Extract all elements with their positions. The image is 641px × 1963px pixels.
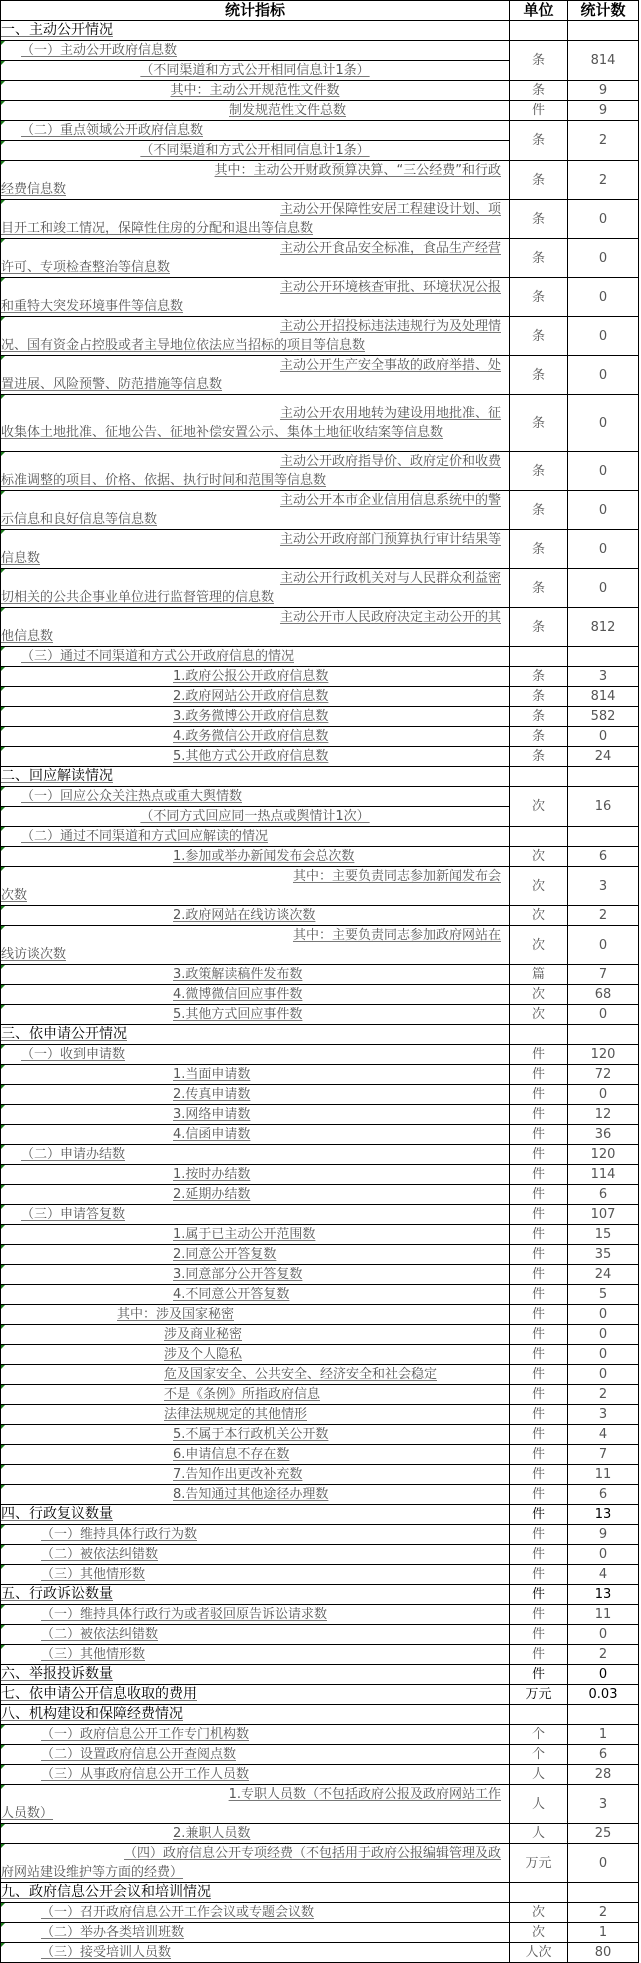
unit-cell: 次 [510,867,568,906]
indicator-label: （三）通过不同渠道和方式公开政府信息的情况 [21,649,294,664]
indicator-cell: 6.申请信息不存在数 [1,1445,510,1465]
count-cell: 2 [568,1385,639,1405]
unit-cell: 次 [510,906,568,926]
table-row: （一）政府信息公开工作专门机构数个1 [1,1725,639,1745]
table-row: （一）回应公众关注热点或重大舆情数次16 [1,787,639,807]
indicator-cell: 危及国家安全、公共安全、经济安全和社会稳定 [1,1365,510,1385]
indicator-label: 3.网络申请数 [173,1107,250,1122]
unit-cell [510,1025,568,1045]
unit-cell: 件 [510,1625,568,1645]
unit-cell [510,767,568,787]
count-cell: 0 [568,1345,639,1365]
count-cell: 6 [568,1185,639,1205]
indicator-cell: （二）申请办结数 [1,1145,510,1165]
count-cell: 0 [568,1325,639,1345]
indicator-label: 法律法规规定的其他情形 [164,1407,307,1422]
count-cell: 0 [568,491,639,530]
indicator-cell: 五、行政诉讼数量 [1,1585,510,1605]
table-row: 其中：主要负责同志参加政府网站在线访谈次数次0 [1,926,639,965]
indicator-cell: 主动公开市人民政府决定主动公开的其他信息数 [1,608,510,647]
indicator-label-line1: 主动公开市人民政府决定主动公开的其 [1,608,509,627]
indicator-label: （一）回应公众关注热点或重大舆情数 [21,789,242,804]
indicator-label-line2: 和重特大突发环境事件等信息数 [1,297,509,316]
indicator-label: 危及国家安全、公共安全、经济安全和社会稳定 [164,1367,437,1382]
indicator-cell: 8.告知通过其他途径办理数 [1,1485,510,1505]
table-row: 7.告知作出更改补充数件11 [1,1465,639,1485]
indicator-cell: 其中：主要负责同志参加政府网站在线访谈次数 [1,926,510,965]
indicator-label: 2.传真申请数 [173,1087,250,1102]
table-row: 3.政务微博公开政府信息数条582 [1,707,639,727]
indicator-label: 1.属于已主动公开范围数 [173,1227,315,1242]
count-cell: 4 [568,1565,639,1585]
table-row: （二）被依法纠错数件0 [1,1625,639,1645]
table-row: 3.政策解读稿件发布数篇7 [1,965,639,985]
table-row: 制发规范性文件总数件9 [1,101,639,121]
count-cell: 0 [568,395,639,452]
section-row: 九、政府信息公开会议和培训情况 [1,1883,639,1889]
table-row: 其中：涉及国家秘密件0 [1,1305,639,1325]
unit-cell: 件 [510,1525,568,1545]
table-row: 2.政府网站在线访谈次数次2 [1,906,639,926]
unit-cell: 件 [510,1065,568,1085]
indicator-label-line2: 许可、专项检查整治等信息数 [1,258,509,277]
count-cell [568,647,639,667]
indicator-cell: （二）被依法纠错数 [1,1545,510,1565]
indicator-label: （三）其他情形数 [41,1647,145,1662]
unit-cell: 条 [510,452,568,491]
indicator-label: 4.信函申请数 [173,1127,250,1142]
indicator-label-line1: 其中：主要负责同志参加政府网站在 [1,926,509,945]
unit-cell: 件 [510,1205,568,1225]
unit-cell: 件 [510,1045,568,1065]
indicator-cell: （一）回应公众关注热点或重大舆情数 [1,787,510,807]
table-body: 一、主动公开情况（一）主动公开政府信息数条814（不同渠道和方式公开相同信息计1… [1,21,639,1889]
indicator-cell: 主动公开政府部门预算执行审计结果等信息数 [1,530,510,569]
count-cell: 9 [568,101,639,121]
indicator-label-line2: 信息数 [1,549,509,568]
table-row: 4.不同意公开答复数件5 [1,1285,639,1305]
unit-cell: 件 [510,1185,568,1205]
indicator-cell: 1.政府公报公开政府信息数 [1,667,510,687]
unit-cell: 件 [510,1645,568,1665]
unit-cell: 件 [510,1545,568,1565]
indicator-cell: （三）其他情形数 [1,1645,510,1665]
indicator-label-line2: 次数 [1,886,509,905]
indicator-cell: 制发规范性文件总数 [1,101,510,121]
indicator-cell: 1.属于已主动公开范围数 [1,1225,510,1245]
unit-cell [510,827,568,847]
unit-cell [510,21,568,41]
indicator-cell: 1.参加或举办新闻发布会总次数 [1,847,510,867]
indicator-cell: 3.政策解读稿件发布数 [1,965,510,985]
indicator-label-line2: 切相关的公共企事业单位进行监督管理的信息数 [1,588,509,607]
indicator-label-line2: 线访谈次数 [1,945,509,964]
count-cell: 36 [568,1125,639,1145]
indicator-cell: 六、举报投诉数量 [1,1665,510,1685]
indicator-label: （不同方式回应同一热点或舆情计1次） [140,809,369,824]
count-cell: 0 [568,1665,639,1685]
indicator-label: 7.告知作出更改补充数 [173,1467,302,1482]
section-row: 三、依申请公开情况 [1,1025,639,1045]
table-header-row: 统计指标 单位 统计数 [1,1,639,21]
count-cell: 0 [568,452,639,491]
section-row: 六、举报投诉数量件0 [1,1665,639,1685]
unit-cell: 件 [510,1425,568,1445]
indicator-label: （一）收到申请数 [21,1047,125,1062]
indicator-cell: 7.告知作出更改补充数 [1,1465,510,1485]
count-cell: 2 [568,121,639,161]
count-cell: 24 [568,1265,639,1285]
indicator-label: 其中：涉及国家秘密 [117,1307,234,1322]
count-cell: 5 [568,1285,639,1305]
count-cell: 0 [568,239,639,278]
count-cell: 24 [568,747,639,767]
table-row: 2.延期办结数件6 [1,1185,639,1205]
indicator-cell: 涉及商业秘密 [1,1325,510,1345]
indicator-label-line1: 主动公开环境核查审批、环境状况公报 [1,278,509,297]
unit-cell: 条 [510,356,568,395]
indicator-label: 3.政策解读稿件发布数 [173,967,302,982]
indicator-label-line2: 况、国有资金占控股或者主导地位依法应当招标的项目等信息数 [1,336,509,355]
unit-cell: 件 [510,1385,568,1405]
indicator-label-line2: 府网站建设维护等方面的经费） [1,1863,509,1882]
table-row: （一）主动公开政府信息数条814 [1,41,639,61]
table-row: 主动公开农用地转为建设用地批准、征收集体土地批准、征地公告、征地补偿安置公示、集… [1,395,639,452]
indicator-label: （二）通过不同渠道和方式回应解读的情况 [21,829,268,844]
count-cell: 0 [568,278,639,317]
unit-cell: 人 [510,1824,568,1844]
indicator-label: 2.同意公开答复数 [173,1247,276,1262]
indicator-label-line1: （四）政府信息公开专项经费（不包括用于政府公报编辑管理及政 [1,1844,509,1863]
count-cell: 107 [568,1205,639,1225]
table-row: 1.按时办结数件114 [1,1165,639,1185]
indicator-cell: 2.政府网站在线访谈次数 [1,906,510,926]
count-cell: 35 [568,1245,639,1265]
unit-cell: 次 [510,1005,568,1025]
table-row: （三）从事政府信息公开工作人员数人28 [1,1765,639,1785]
table-row: （二）申请办结数件120 [1,1145,639,1165]
table-row: 其中：主动公开财政预算决算、“三公经费”和行政经费信息数条2 [1,161,639,200]
indicator-label: 四、行政复议数量 [1,1506,113,1522]
count-cell: 16 [568,787,639,827]
indicator-cell: 一、主动公开情况 [1,21,510,41]
indicator-label: 5.其他方式回应事件数 [173,1007,302,1022]
table-row: （三）申请答复数件107 [1,1205,639,1225]
count-cell: 68 [568,985,639,1005]
indicator-label: 八、机构建设和保障经费情况 [1,1706,183,1722]
count-cell: 0 [568,1365,639,1385]
indicator-label-line2: 标准调整的项目、价格、依据、执行时间和范围等信息数 [1,471,509,490]
indicator-label-line2: 经费信息数 [1,180,509,199]
indicator-label: （三）其他情形数 [41,1567,145,1582]
indicator-cell: 2.政府网站公开政府信息数 [1,687,510,707]
table-row: 主动公开环境核查审批、环境状况公报和重特大突发环境事件等信息数条0 [1,278,639,317]
table-row: 其中：主动公开规范性文件数条9 [1,81,639,101]
unit-cell: 件 [510,1665,568,1685]
indicator-label-line2: 目开工和竣工情况，保障性住房的分配和退出等信息数 [1,219,509,238]
unit-cell: 件 [510,1165,568,1185]
indicator-label-line1: 1.专职人员数（不包括政府公报及政府网站工作 [1,1785,509,1804]
count-cell: 3 [568,1785,639,1824]
count-cell: 0 [568,1305,639,1325]
count-cell: 15 [568,1225,639,1245]
table-row: 4.政务微信公开政府信息数条0 [1,727,639,747]
count-cell: 0 [568,1844,639,1883]
header-unit: 单位 [510,1,568,21]
table-row: 2.兼职人员数人25 [1,1824,639,1844]
indicator-label: 五、行政诉讼数量 [1,1586,113,1602]
count-cell [568,21,639,41]
table-row: （二）重点领域公开政府信息数条2 [1,121,639,141]
indicator-cell: （三）从事政府信息公开工作人员数 [1,1765,510,1785]
table-row: （一）维持具体行政行为或者驳回原告诉讼请求数件11 [1,1605,639,1625]
table-row: 1.专职人员数（不包括政府公报及政府网站工作人员数）人3 [1,1785,639,1824]
table-row: 法律法规规定的其他情形件3 [1,1405,639,1425]
indicator-label-line2: 置进展、风险预警、防范措施等信息数 [1,375,509,394]
count-cell: 6 [568,1485,639,1505]
indicator-cell: （四）政府信息公开专项经费（不包括用于政府公报编辑管理及政府网站建设维护等方面的… [1,1844,510,1883]
count-cell: 1 [568,1725,639,1745]
indicator-label: 涉及个人隐私 [164,1347,242,1362]
section-row: 二、回应解读情况 [1,767,639,787]
unit-cell: 条 [510,491,568,530]
unit-cell: 万元 [510,1685,568,1705]
table-row: 1.当面申请数件72 [1,1065,639,1085]
indicator-label: 6.申请信息不存在数 [173,1447,289,1462]
indicator-cell: 3.同意部分公开答复数 [1,1265,510,1285]
indicator-cell: 主动公开生产安全事故的政府举措、处置进展、风险预警、防范措施等信息数 [1,356,510,395]
unit-cell: 人 [510,1765,568,1785]
unit-cell: 件 [510,1585,568,1605]
indicator-label: 1.当面申请数 [173,1067,250,1082]
indicator-cell: 2.兼职人员数 [1,1824,510,1844]
count-cell: 11 [568,1465,639,1485]
indicator-cell: 主动公开农用地转为建设用地批准、征收集体土地批准、征地公告、征地补偿安置公示、集… [1,395,510,452]
table-row: 主动公开食品安全标准，食品生产经营许可、专项检查整治等信息数条0 [1,239,639,278]
indicator-label: （不同渠道和方式公开相同信息计1条） [140,143,369,158]
unit-cell: 件 [510,101,568,121]
indicator-label-line1: 主动公开政府部门预算执行审计结果等 [1,530,509,549]
unit-cell: 件 [510,1505,568,1525]
indicator-label: 3.同意部分公开答复数 [173,1267,302,1282]
table-row: 4.信函申请数件36 [1,1125,639,1145]
indicator-label: 1.按时办结数 [173,1167,250,1182]
unit-cell: 件 [510,1265,568,1285]
table-row: 主动公开市人民政府决定主动公开的其他信息数条812 [1,608,639,647]
indicator-cell: 主动公开本市企业信用信息系统中的警示信息和良好信息等信息数 [1,491,510,530]
indicator-cell: 其中：主要负责同志参加新闻发布会次数 [1,867,510,906]
table-row: （三）其他情形数件4 [1,1565,639,1585]
header-count: 统计数 [568,1,639,21]
indicator-cell: 5.不属于本行政机关公开数 [1,1425,510,1445]
count-cell [568,1883,639,1889]
indicator-cell: 法律法规规定的其他情形 [1,1405,510,1425]
count-cell: 0 [568,1005,639,1025]
count-cell: 582 [568,707,639,727]
unit-cell: 件 [510,1485,568,1505]
unit-cell: 件 [510,1125,568,1145]
table-row: 主动公开保障性安居工程建设计划、项目开工和竣工情况，保障性住房的分配和退出等信息… [1,200,639,239]
count-cell: 7 [568,965,639,985]
indicator-label-line2: 人员数） [1,1804,509,1823]
indicator-label: 九、政府信息公开会议和培训情况 [1,1884,211,1888]
unit-cell: 人 [510,1785,568,1824]
table-row: 主动公开行政机关对与人民群众利益密切相关的公共企事业单位进行监督管理的信息数条0 [1,569,639,608]
indicator-label: 2.兼职人员数 [173,1826,250,1841]
unit-cell: 件 [510,1325,568,1345]
indicator-label: （一）政府信息公开工作专门机构数 [41,1727,249,1742]
count-cell: 28 [568,1765,639,1785]
table-row: 2.同意公开答复数件35 [1,1245,639,1265]
count-cell: 11 [568,1605,639,1625]
indicator-label: 涉及商业秘密 [164,1327,242,1342]
unit-cell: 条 [510,81,568,101]
count-cell: 13 [568,1585,639,1605]
count-cell: 2 [568,1645,639,1665]
unit-cell: 条 [510,707,568,727]
indicator-label: 2.延期办结数 [173,1187,250,1202]
indicator-cell: 1.按时办结数 [1,1165,510,1185]
indicator-cell: 不是《条例》所指政府信息 [1,1385,510,1405]
table-row: 3.网络申请数件12 [1,1105,639,1125]
indicator-cell: （二）设置政府信息公开查阅点数 [1,1745,510,1765]
unit-cell: 条 [510,608,568,647]
indicator-cell: 主动公开行政机关对与人民群众利益密切相关的公共企事业单位进行监督管理的信息数 [1,569,510,608]
count-cell: 120 [568,1145,639,1165]
indicator-label: （二）设置政府信息公开查阅点数 [41,1747,236,1762]
indicator-cell: （二）被依法纠错数 [1,1625,510,1645]
unit-cell [510,1883,568,1889]
unit-cell: 个 [510,1745,568,1765]
indicator-label: 2.政府网站在线访谈次数 [173,908,315,923]
count-cell: 0 [568,530,639,569]
indicator-label: （二）被依法纠错数 [41,1627,158,1642]
indicator-cell: （三）申请答复数 [1,1205,510,1225]
indicator-label: 不是《条例》所指政府信息 [164,1387,320,1402]
unit-cell: 件 [510,1085,568,1105]
table-row: 5.其他方式公开政府信息数条24 [1,747,639,767]
indicator-cell: （二）重点领域公开政府信息数 [1,121,510,141]
table-row: （一）收到申请数件120 [1,1045,639,1065]
count-cell: 120 [568,1045,639,1065]
indicator-cell: （一）政府信息公开工作专门机构数 [1,1725,510,1745]
count-cell [568,827,639,847]
indicator-cell: （一）维持具体行政行为或者驳回原告诉讼请求数 [1,1605,510,1625]
table-row: 4.微博微信回应事件数次68 [1,985,639,1005]
table-row: （四）政府信息公开专项经费（不包括用于政府公报编辑管理及政府网站建设维护等方面的… [1,1844,639,1883]
unit-cell: 件 [510,1565,568,1585]
indicator-cell: 5.其他方式回应事件数 [1,1005,510,1025]
indicator-label: 4.微博微信回应事件数 [173,987,302,1002]
unit-cell: 件 [510,1105,568,1125]
count-cell: 0 [568,727,639,747]
count-cell [568,1025,639,1045]
table-row: （三）其他情形数件2 [1,1645,639,1665]
indicator-label: （二）重点领域公开政府信息数 [21,123,203,138]
unit-cell: 条 [510,395,568,452]
table-row: 1.属于已主动公开范围数件15 [1,1225,639,1245]
indicator-cell: 七、依申请公开信息收取的费用 [1,1685,510,1705]
indicator-cell: 三、依申请公开情况 [1,1025,510,1045]
indicator-cell: （不同方式回应同一热点或舆情计1次） [1,807,510,827]
table-row: （二）被依法纠错数件0 [1,1545,639,1565]
indicator-label-line1: 主动公开招投标违法违规行为及处理情 [1,317,509,336]
indicator-cell: 4.信函申请数 [1,1125,510,1145]
count-cell: 814 [568,41,639,81]
indicator-cell: （一）维持具体行政行为数 [1,1525,510,1545]
count-cell: 6 [568,847,639,867]
indicator-cell: 其中：主动公开财政预算决算、“三公经费”和行政经费信息数 [1,161,510,200]
indicator-cell: 1.当面申请数 [1,1065,510,1085]
unit-cell: 个 [510,1725,568,1745]
indicator-cell: 其中：涉及国家秘密 [1,1305,510,1325]
indicator-cell: 4.政务微信公开政府信息数 [1,727,510,747]
indicator-cell: （三）其他情形数 [1,1565,510,1585]
table-row: 5.不属于本行政机关公开数件4 [1,1425,639,1445]
unit-cell: 件 [510,1465,568,1485]
indicator-cell: 四、行政复议数量 [1,1505,510,1525]
unit-cell: 条 [510,667,568,687]
indicator-label: 1.政府公报公开政府信息数 [173,669,328,684]
unit-cell: 件 [510,1605,568,1625]
count-cell: 0 [568,569,639,608]
count-cell: 7 [568,1445,639,1465]
indicator-label: （一）主动公开政府信息数 [21,43,177,58]
indicator-cell: 5.其他方式公开政府信息数 [1,747,510,767]
table-row: 主动公开招投标违法违规行为及处理情况、国有资金占控股或者主导地位依法应当招标的项… [1,317,639,356]
unit-cell: 件 [510,1225,568,1245]
indicator-label: 5.其他方式公开政府信息数 [173,749,328,764]
indicator-cell: 二、回应解读情况 [1,767,510,787]
count-cell: 2 [568,906,639,926]
table-row: 主动公开生产安全事故的政府举措、处置进展、风险预警、防范措施等信息数条0 [1,356,639,395]
indicator-label-line1: 主动公开行政机关对与人民群众利益密 [1,569,509,588]
indicator-label: 六、举报投诉数量 [1,1666,113,1682]
unit-cell: 件 [510,1365,568,1385]
indicator-cell: 其中：主动公开规范性文件数 [1,81,510,101]
unit-cell: 篇 [510,965,568,985]
unit-cell: 次 [510,787,568,827]
indicator-label: （二）申请办结数 [21,1147,125,1162]
indicator-label-line2: 他信息数 [1,627,509,646]
unit-cell: 条 [510,121,568,161]
count-cell: 4 [568,1425,639,1445]
section-row: 八、机构建设和保障经费情况 [1,1705,639,1725]
indicator-label: 一、主动公开情况 [1,22,113,38]
indicator-cell: 1.专职人员数（不包括政府公报及政府网站工作人员数） [1,1785,510,1824]
indicator-label-line1: 主动公开本市企业信用信息系统中的警 [1,491,509,510]
unit-cell: 条 [510,747,568,767]
indicator-cell: 2.传真申请数 [1,1085,510,1105]
count-cell: 72 [568,1065,639,1085]
count-cell: 0 [568,1625,639,1645]
unit-cell: 件 [510,1285,568,1305]
unit-cell: 件 [510,1245,568,1265]
count-cell: 0 [568,1545,639,1565]
unit-cell: 件 [510,1445,568,1465]
count-cell: 114 [568,1165,639,1185]
indicator-cell: 4.不同意公开答复数 [1,1285,510,1305]
indicator-label-line1: 其中：主要负责同志参加新闻发布会 [1,867,509,886]
section-row: 一、主动公开情况 [1,21,639,41]
indicator-label: 2.政府网站公开政府信息数 [173,689,328,704]
indicator-cell: 2.同意公开答复数 [1,1245,510,1265]
indicator-label: 5.不属于本行政机关公开数 [173,1427,328,1442]
indicator-label: 3.政务微博公开政府信息数 [173,709,328,724]
count-cell: 0 [568,1085,639,1105]
unit-cell: 件 [510,1145,568,1165]
statistics-table: 统计指标 单位 统计数 一、主动公开情况（一）主动公开政府信息数条814（不同渠… [0,0,639,1888]
